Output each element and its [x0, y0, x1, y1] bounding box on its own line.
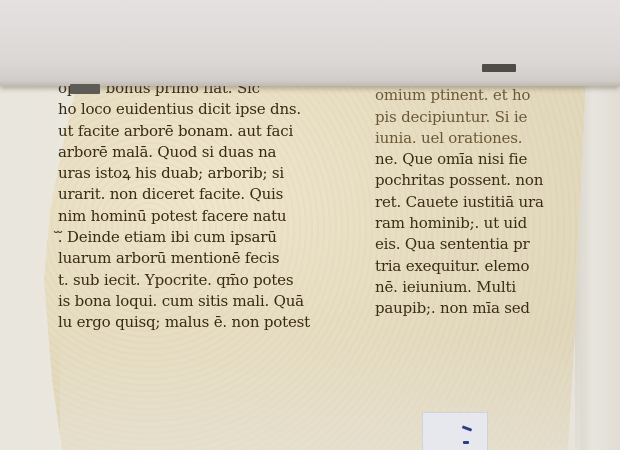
catalog-label	[422, 412, 488, 450]
text-line: paupib;. non mīa sed	[375, 298, 544, 319]
text-line: ne. Que omīa nisi fie	[375, 149, 544, 170]
text-line: arborē malā. Quod si duas na	[58, 142, 310, 163]
text-line: pochritas possent. non	[375, 170, 544, 191]
text-line: nē. ieiunium. Multi	[375, 277, 544, 298]
text-line: is bona loqui. cum sitis mali. Quā	[58, 291, 310, 312]
text-line: ret. Cauete iustitiā ura	[375, 192, 544, 213]
left-text-column: opari. bonus primo fiat. Sic ho loco eui…	[58, 78, 310, 334]
text-line: pis decipiuntur. Si ie	[375, 107, 544, 128]
text-line: ut facite arborē bonam. aut faci	[58, 121, 310, 142]
folded-paper-cover	[0, 0, 620, 86]
text-line: luarum arborū mentionē fecis	[58, 248, 310, 269]
text-line: ᷓ. Deinde etiam ibi cum ipsarū	[58, 227, 310, 248]
text-line: lu ergo quisq; malus ē. non potest	[58, 312, 310, 333]
text-line: uras istoꝝ his duab; arborib; si	[58, 163, 310, 184]
text-line: iunia. uel orationes.	[375, 128, 544, 149]
right-text-column: tib; deputa... ...iste omium ptinent. et…	[375, 64, 544, 320]
text-line: ho loco euidentius dicit ipse dns.	[58, 99, 310, 120]
text-line: nim hominū potest facere natu	[58, 206, 310, 227]
text-line: tria exequitur. elemo	[375, 256, 544, 277]
text-line: t. sub iecit. Ypocrite. qm̄o potes	[58, 270, 310, 291]
text-line: omium ptinent. et ho	[375, 85, 544, 106]
label-ink-mark	[463, 441, 469, 444]
manuscript-photo: opari. bonus primo fiat. Sic ho loco eui…	[0, 0, 620, 450]
hinge-tab-left	[70, 84, 100, 94]
text-line: eis. Qua sententia pr	[375, 234, 544, 255]
hinge-tab-right	[482, 64, 516, 72]
text-line: ram hominib;. ut uid	[375, 213, 544, 234]
text-line: urarit. non diceret facite. Quis	[58, 184, 310, 205]
